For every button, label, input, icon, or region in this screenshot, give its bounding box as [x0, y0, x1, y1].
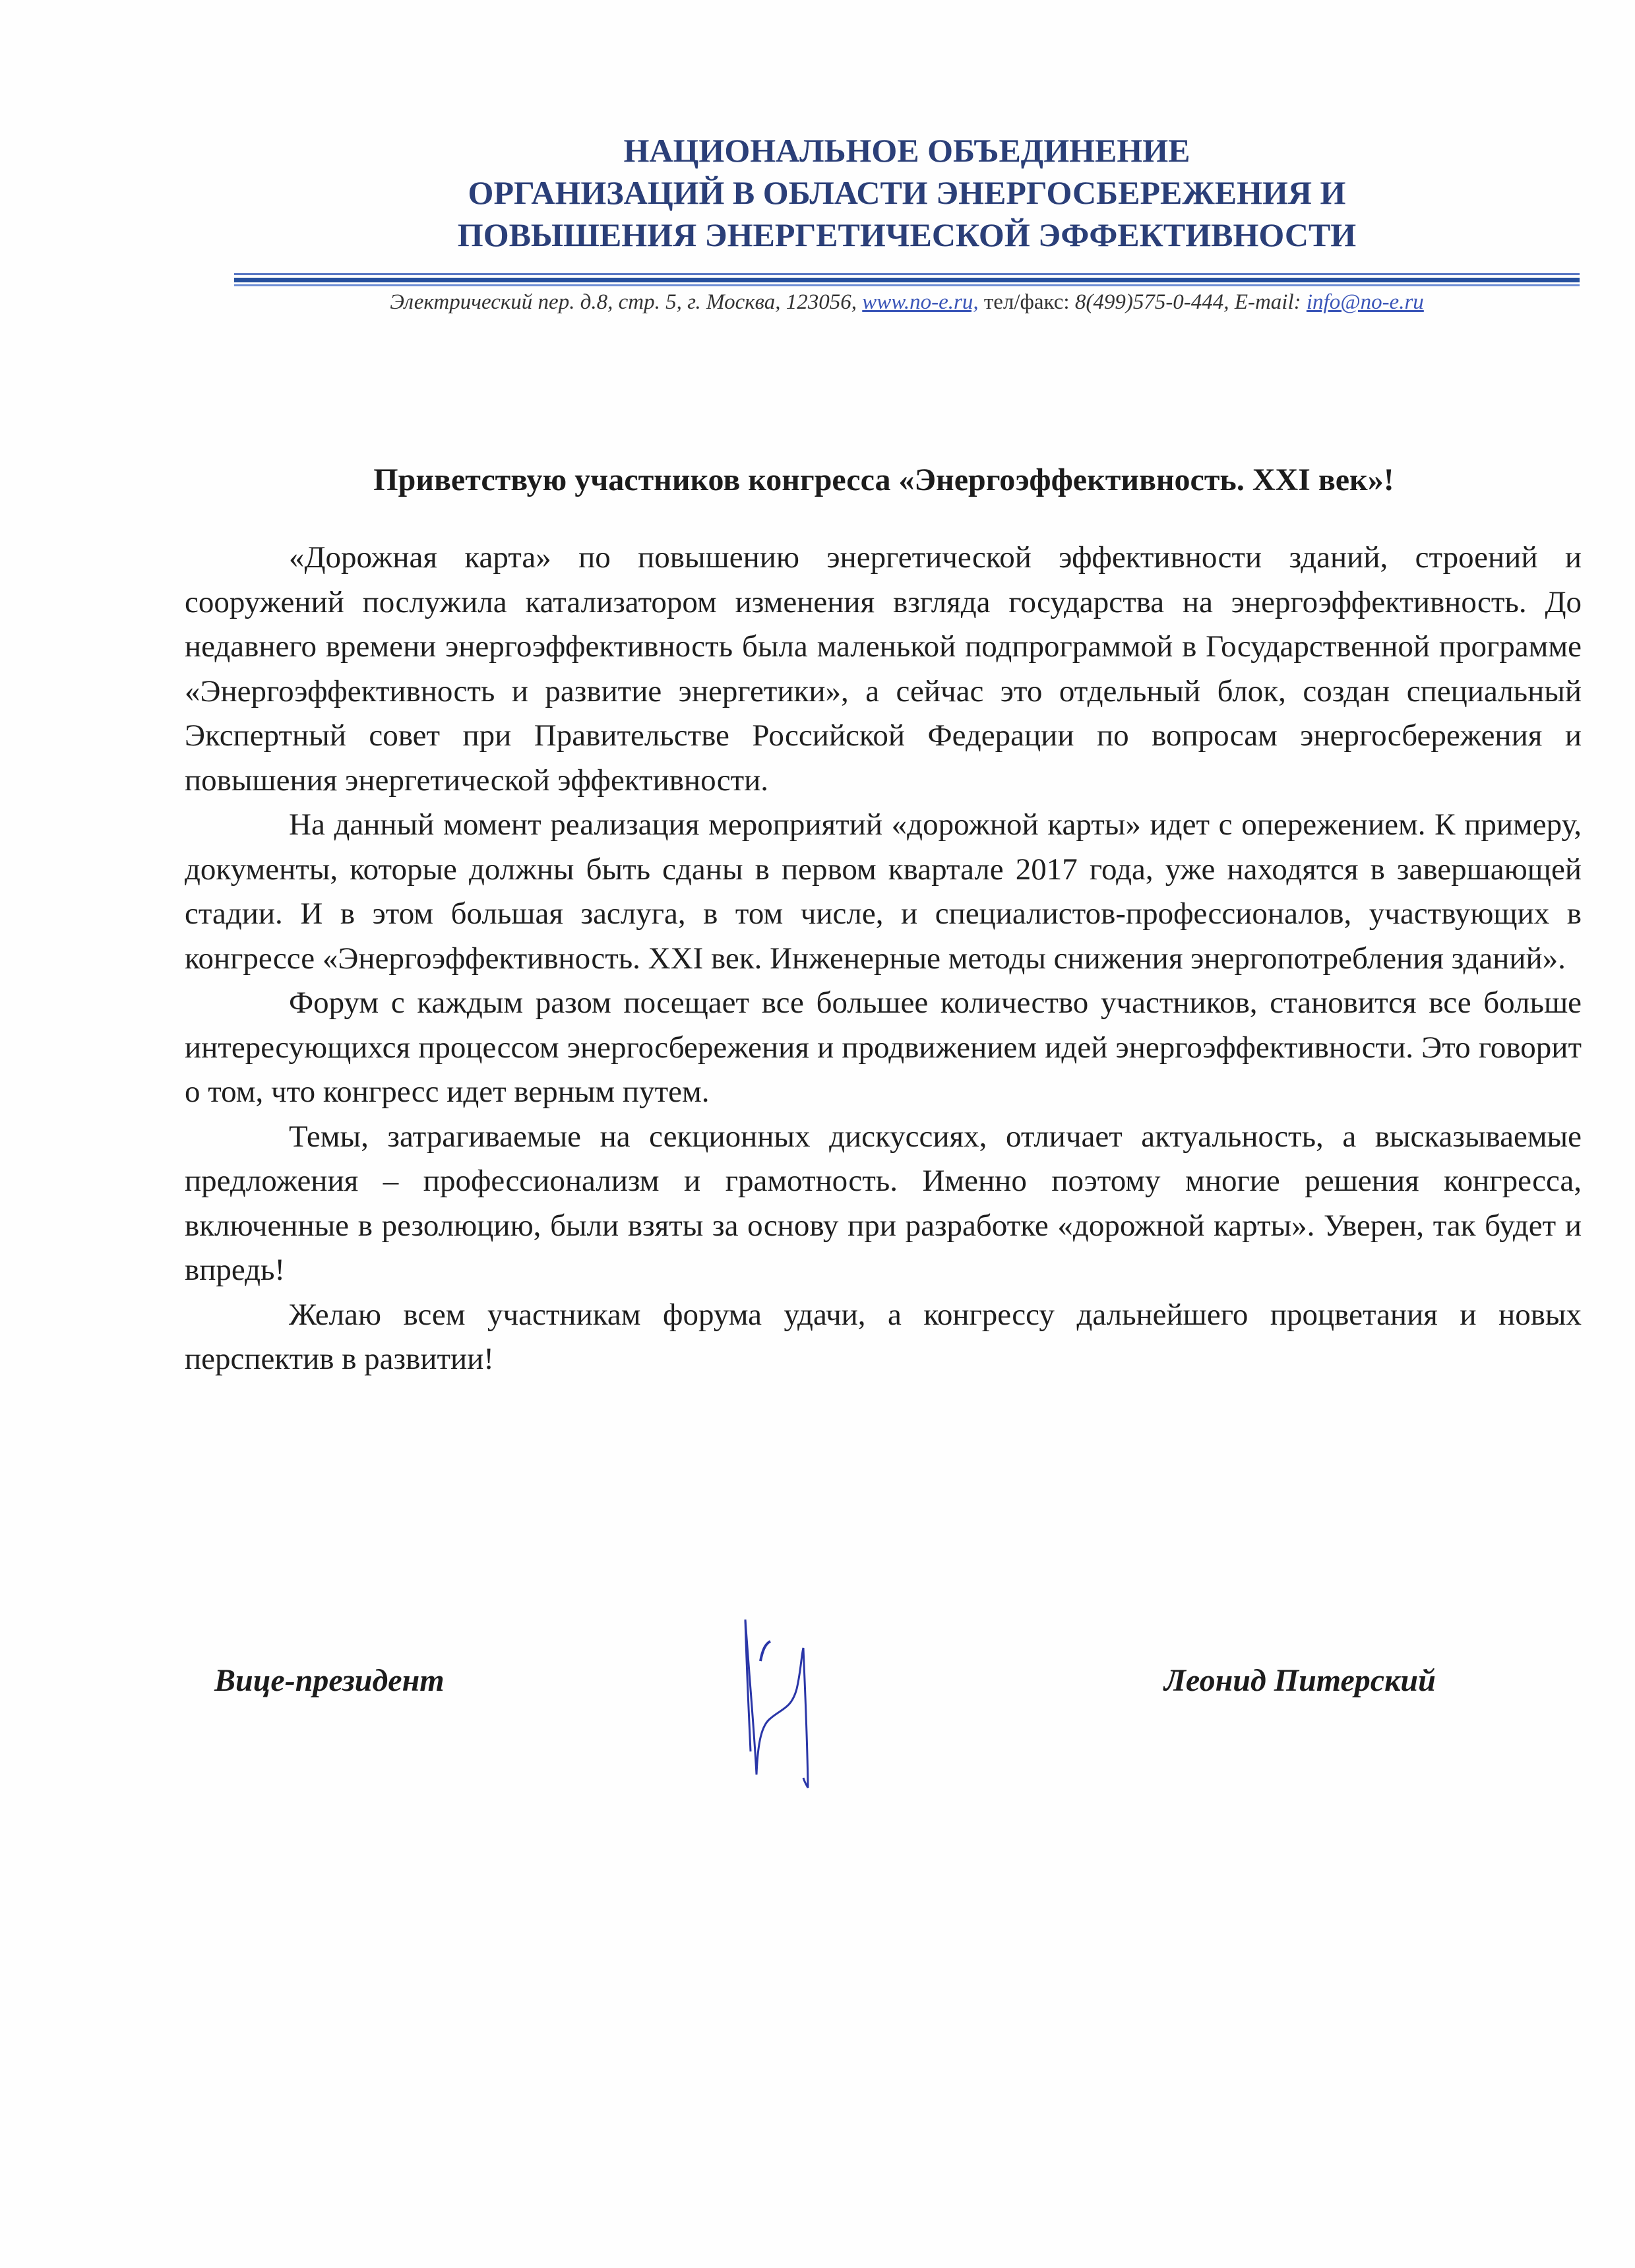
- email-label: E-mail:: [1235, 290, 1301, 314]
- letter-greeting: Приветствую участников конгресса «Энерго…: [185, 462, 1583, 498]
- paragraph-5: Желаю всем участникам форума удачи, а ко…: [185, 1293, 1582, 1382]
- paragraph-4: Темы, затрагиваемые на секционных дискус…: [185, 1115, 1582, 1293]
- org-name-line-1: НАЦИОНАЛЬНОЕ ОБЪЕДИНЕНИЕ: [234, 129, 1580, 172]
- handwritten-signature-icon: [725, 1610, 871, 1801]
- phone-label: тел/факс:: [984, 290, 1070, 314]
- letter-body: «Дорожная карта» по повышению энергетиче…: [185, 536, 1582, 1382]
- address: Электрический пер. д.8, стр. 5, г. Москв…: [390, 290, 857, 314]
- contact-line: Электрический пер. д.8, стр. 5, г. Москв…: [211, 290, 1603, 315]
- signature-block: Вице-президент Леонид Питерский: [0, 1583, 1635, 1847]
- paragraph-3: Форум с каждым разом посещает все больше…: [185, 981, 1582, 1115]
- paragraph-2: На данный момент реализация мероприятий …: [185, 803, 1582, 981]
- phone-number: 8(499)575-0-444,: [1075, 290, 1229, 314]
- header-rule-thin-bottom: [234, 284, 1580, 286]
- header-rule-thick: [234, 278, 1580, 282]
- email-link[interactable]: info@no-e.ru: [1307, 290, 1424, 314]
- org-name-line-2: ОРГАНИЗАЦИЙ В ОБЛАСТИ ЭНЕРГОСБЕРЕЖЕНИЯ И: [234, 172, 1580, 214]
- signatory-title: Вице-президент: [214, 1662, 445, 1699]
- header-rule-thin-top: [234, 273, 1580, 275]
- website-link[interactable]: www.no-e.ru,: [862, 290, 978, 314]
- letter-page: НАЦИОНАЛЬНОЕ ОБЪЕДИНЕНИЕ ОРГАНИЗАЦИЙ В О…: [0, 0, 1635, 2268]
- signatory-name: Леонид Питерский: [1164, 1662, 1436, 1699]
- paragraph-1: «Дорожная карта» по повышению энергетиче…: [185, 536, 1582, 803]
- org-name-line-3: ПОВЫШЕНИЯ ЭНЕРГЕТИЧЕСКОЙ ЭФФЕКТИВНОСТИ: [234, 214, 1580, 256]
- organization-header: НАЦИОНАЛЬНОЕ ОБЪЕДИНЕНИЕ ОРГАНИЗАЦИЙ В О…: [234, 129, 1580, 256]
